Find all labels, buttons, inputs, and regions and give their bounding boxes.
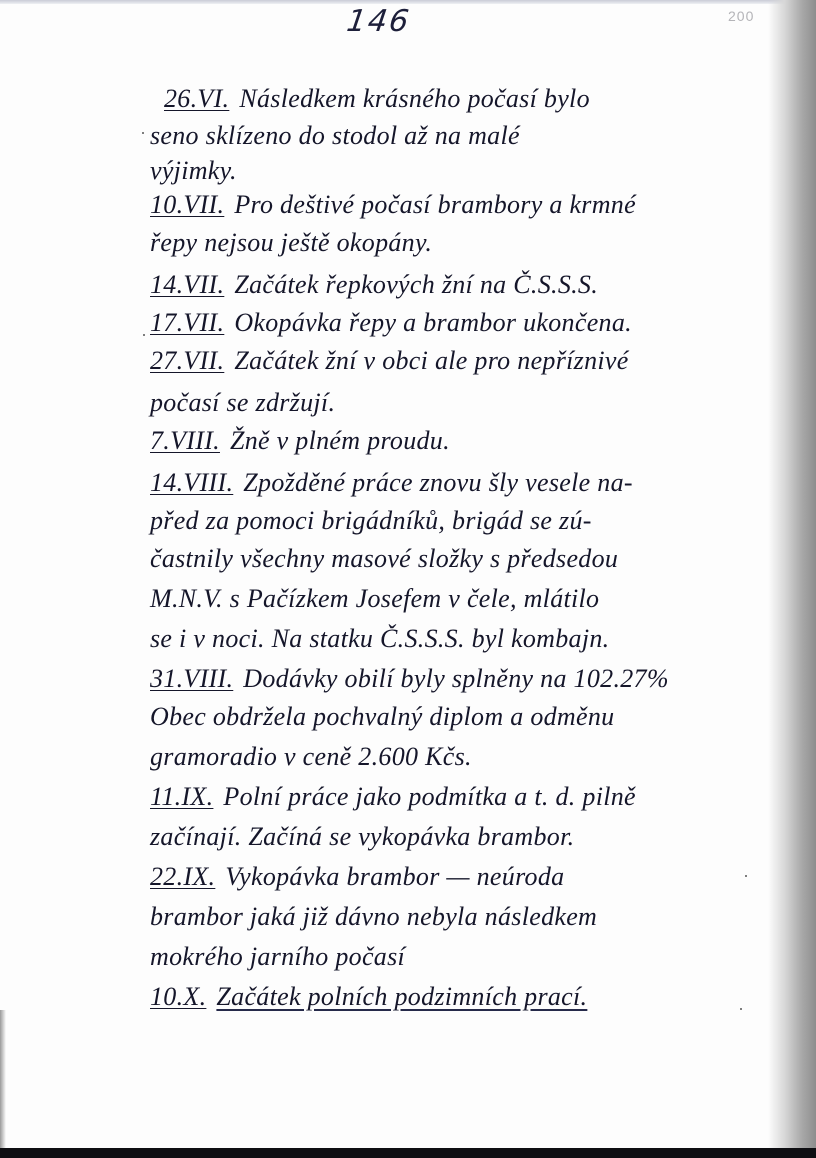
- entry-text: Začátek polních podzimních prací.: [216, 982, 587, 1011]
- entry-text: Začátek žní v obci ale pro nepříznivé: [234, 346, 628, 375]
- entry-line: 22.IX.Vykopávka brambor — neúroda: [150, 864, 564, 890]
- entry-line: častnily všechny masové složky s předsed…: [150, 546, 618, 572]
- entry-date: 10.X.: [150, 982, 206, 1011]
- entry-text: Následkem krásného počasí bylo: [239, 84, 590, 113]
- entry-line: začínají. Začíná se vykopávka brambor.: [150, 824, 574, 850]
- entry-text: Dodávky obilí byly splněny na 102.27%: [243, 664, 669, 693]
- entry-line: Obec obdržela pochvalný diplom a odměnu: [150, 704, 614, 730]
- entry-line: 27.VII.Začátek žní v obci ale pro nepříz…: [150, 348, 629, 374]
- entry-line: 14.VII.Začátek řepkových žní na Č.S.S.S.: [150, 272, 598, 298]
- entry-text: Okopávka řepy a brambor ukončena.: [234, 308, 632, 337]
- entry-line: gramoradio v ceně 2.600 Kčs.: [150, 744, 472, 770]
- entry-text: výjimky.: [150, 156, 237, 185]
- entry-date: 26.VI.: [164, 84, 229, 113]
- entry-line: se i v noci. Na statku Č.S.S.S. byl komb…: [150, 626, 609, 652]
- entry-line: mokrého jarního počasí: [150, 944, 405, 970]
- entry-text: řepy nejsou ještě okopány.: [150, 228, 432, 257]
- entry-line: 7.VIII.Žně v plném proudu.: [150, 428, 450, 454]
- scan-speck: [745, 875, 747, 877]
- scan-speck: [143, 334, 145, 336]
- entry-text: Žně v plném proudu.: [230, 426, 450, 455]
- entry-line: 10.VII.Pro deštivé počasí brambory a krm…: [150, 192, 636, 218]
- entry-line: 17.VII.Okopávka řepy a brambor ukončena.: [150, 310, 632, 336]
- scan-speck: [740, 1008, 742, 1010]
- entry-line: M.N.V. s Pačízkem Josefem v čele, mlátil…: [150, 586, 599, 612]
- entry-date: 14.VIII.: [150, 468, 233, 497]
- entry-text: častnily všechny masové složky s předsed…: [150, 544, 618, 573]
- entry-date: 31.VIII.: [150, 664, 233, 693]
- binding-gutter-shadow: [768, 0, 816, 1150]
- entry-text: začínají. Začíná se vykopávka brambor.: [150, 822, 574, 851]
- entry-date: 10.VII.: [150, 190, 224, 219]
- entry-line: 11.IX.Polní práce jako podmítka a t. d. …: [150, 784, 636, 810]
- entry-line: 14.VIII.Zpožděné práce znovu šly vesele …: [150, 470, 633, 496]
- scan-speck: [142, 132, 144, 134]
- entry-line: 10.X.Začátek polních podzimních prací.: [150, 984, 587, 1010]
- entry-text: Začátek řepkových žní na Č.S.S.S.: [234, 270, 598, 299]
- entry-text: Pro deštivé počasí brambory a krmné: [234, 190, 636, 219]
- entry-date: 22.IX.: [150, 862, 215, 891]
- entry-line: seno sklízeno do stodol až na malé: [150, 123, 520, 149]
- entry-text: M.N.V. s Pačízkem Josefem v čele, mlátil…: [150, 584, 599, 613]
- entry-text: mokrého jarního počasí: [150, 942, 405, 971]
- page-number: 146: [345, 4, 413, 39]
- entry-line: 26.VI.Následkem krásného počasí bylo: [164, 86, 590, 112]
- entry-date: 7.VIII.: [150, 426, 220, 455]
- archive-page-number: 200: [728, 8, 754, 24]
- entry-date: 11.IX.: [150, 782, 213, 811]
- entry-date: 14.VII.: [150, 270, 224, 299]
- entry-text: brambor jaká již dávno nebyla následkem: [150, 902, 597, 931]
- scan-left-edge: [0, 1010, 6, 1150]
- entry-line: řepy nejsou ještě okopány.: [150, 230, 432, 256]
- entry-date: 27.VII.: [150, 346, 224, 375]
- entry-text: před za pomoci brigádníků, brigád se zú-: [150, 506, 592, 535]
- entry-line: brambor jaká již dávno nebyla následkem: [150, 904, 597, 930]
- entry-text: Vykopávka brambor — neúroda: [225, 862, 564, 891]
- entry-text: Zpožděné práce znovu šly vesele na-: [243, 468, 633, 497]
- entry-text: Obec obdržela pochvalný diplom a odměnu: [150, 702, 614, 731]
- entry-line: 31.VIII.Dodávky obilí byly splněny na 10…: [150, 666, 669, 692]
- entry-text: se i v noci. Na statku Č.S.S.S. byl komb…: [150, 624, 609, 653]
- entry-text: gramoradio v ceně 2.600 Kčs.: [150, 742, 472, 771]
- entry-text: seno sklízeno do stodol až na malé: [150, 121, 520, 150]
- entry-line: výjimky.: [150, 158, 237, 184]
- entry-text: Polní práce jako podmítka a t. d. pilně: [223, 782, 635, 811]
- entry-line: počasí se zdržují.: [150, 390, 335, 416]
- scan-bottom-edge: [0, 1148, 816, 1158]
- manuscript-page: 146 200 26.VI.Následkem krásného počasí …: [0, 0, 816, 1158]
- entry-date: 17.VII.: [150, 308, 224, 337]
- entry-text: počasí se zdržují.: [150, 388, 335, 417]
- entry-line: před za pomoci brigádníků, brigád se zú-: [150, 508, 592, 534]
